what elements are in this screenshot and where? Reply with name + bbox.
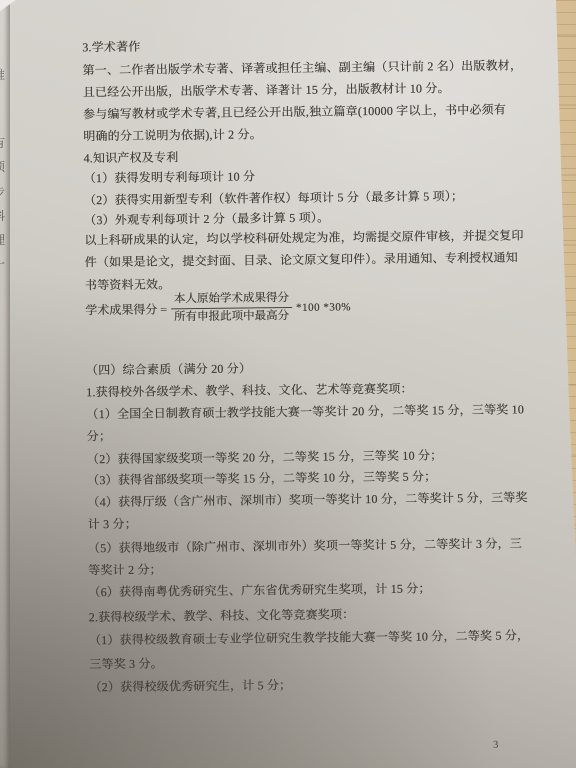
edge-fragment: 维 xyxy=(0,66,9,83)
text-line: （5）获得地级市（除广州市、深圳市外）奖项一等奖计 5 分，二等奖计 3 分，三 xyxy=(88,536,522,555)
edge-fragment: 科 xyxy=(0,207,9,224)
under-page-sliver: 维 ） 有 项 步 科 理 一 xyxy=(0,0,10,768)
text-line: （1）获得发明专利每项计 10 分 xyxy=(84,169,256,185)
text-line: 1.获得校外各级学术、教学、科技、文化、艺术等竞赛奖项： xyxy=(86,382,413,400)
text-line: （1）获得校级教育硕士专业学位研究生教学技能大赛一等奖 10 分，二等奖 5 分… xyxy=(89,628,529,647)
document-page: 3.学术著作 第一、二作者出版学术专著、译著或担任主编、副主编（只计前 2 名）… xyxy=(0,0,576,768)
text-line: 书等资料无效。 xyxy=(85,277,171,292)
text-line: 明确的分工说明为依据),计 2 分。 xyxy=(83,127,262,143)
text-line: （6）获得南粤优秀研究生、广东省优秀研究生奖项，计 15 分； xyxy=(88,581,430,599)
text-line: 3.学术著作 xyxy=(82,40,140,55)
text-line: 且已经公开出版，出版学术专著、译著计 15 分，出版教材计 10 分。 xyxy=(83,81,450,99)
edge-fragment: 理 xyxy=(0,231,9,248)
edge-fragment: 一 xyxy=(0,255,9,272)
formula: 学术成果得分 = 本人原始学术成果得分 所有申报此项中最高分 *100 *30% xyxy=(85,290,351,326)
formula-fraction: 本人原始学术成果得分 所有申报此项中最高分 xyxy=(171,291,292,325)
formula-denominator: 所有申报此项中最高分 xyxy=(171,308,292,325)
formula-lhs: 学术成果得分 = xyxy=(85,300,167,318)
page-number: 3 xyxy=(493,740,498,751)
edge-fragment: ） xyxy=(0,88,9,105)
text-line: 2.获得校级学术、教学、科技、文化等竞赛奖项： xyxy=(89,607,355,624)
text-line: （1）全国全日制教育硕士教学技能大赛一等奖计 20 分，二等奖 15 分，三等奖… xyxy=(86,402,524,421)
text-line: 参与编写教材或学术专著,且已经公开出版,独立篇章(10000 字以上，书中必须有 xyxy=(83,103,506,122)
text-line: 等奖计 2 分； xyxy=(88,562,162,577)
text-line: 计 3 分； xyxy=(87,517,136,532)
text-line: （4）获得厅级（含广州市、深圳市）奖项一等奖计 10 分，二等奖计 5 分，三等… xyxy=(87,490,527,509)
text-line: 4.知识产权及专利 xyxy=(83,150,178,165)
text-line: （2）获得校级优秀研究生，计 5 分； xyxy=(89,678,291,694)
text-line: 第一、二作者出版学术专著、译著或担任主编、副主编（只计前 2 名）出版教材， xyxy=(82,58,522,77)
text-line: 以上科研成果的认定，均以学校科研处规定为准，均需提交原件审核，并提交复印 xyxy=(84,228,523,247)
text-line: 三等奖 3 分。 xyxy=(89,656,163,671)
edge-fragment: 步 xyxy=(0,183,9,200)
formula-multiplier: *100 *30% xyxy=(296,301,351,314)
text-line: （3）获得省部级奖项一等奖 15 分，二等奖 10 分，三等奖 5 分； xyxy=(87,469,436,487)
edge-fragment: 项 xyxy=(0,158,9,175)
text-line: 分； xyxy=(87,429,112,443)
page-content: 3.学术著作 第一、二作者出版学术专著、译著或担任主编、副主编（只计前 2 名）… xyxy=(0,0,576,768)
text-line: （3）外观专利每项计 2 分（最多计算 5 项）。 xyxy=(84,211,329,228)
edge-fragment: 有 xyxy=(0,134,9,151)
formula-numerator: 本人原始学术成果得分 xyxy=(171,291,292,309)
photo-scene: 3.学术著作 第一、二作者出版学术专著、译著或担任主编、副主编（只计前 2 名）… xyxy=(0,0,576,768)
text-line: （2）获得国家级奖项一等奖 20 分，二等奖 15 分，三等奖 10 分； xyxy=(87,448,443,466)
text-line: （2）获得实用新型专利（软件著作权）每项计 5 分（最多计算 5 项）； xyxy=(84,189,463,207)
text-line: 件（如果是论文，提交封面、目录、论文原文复印件）。录用通知、专利授权通知 xyxy=(85,250,518,269)
text-line: （四）综合素质（满分 20 分） xyxy=(86,361,251,377)
